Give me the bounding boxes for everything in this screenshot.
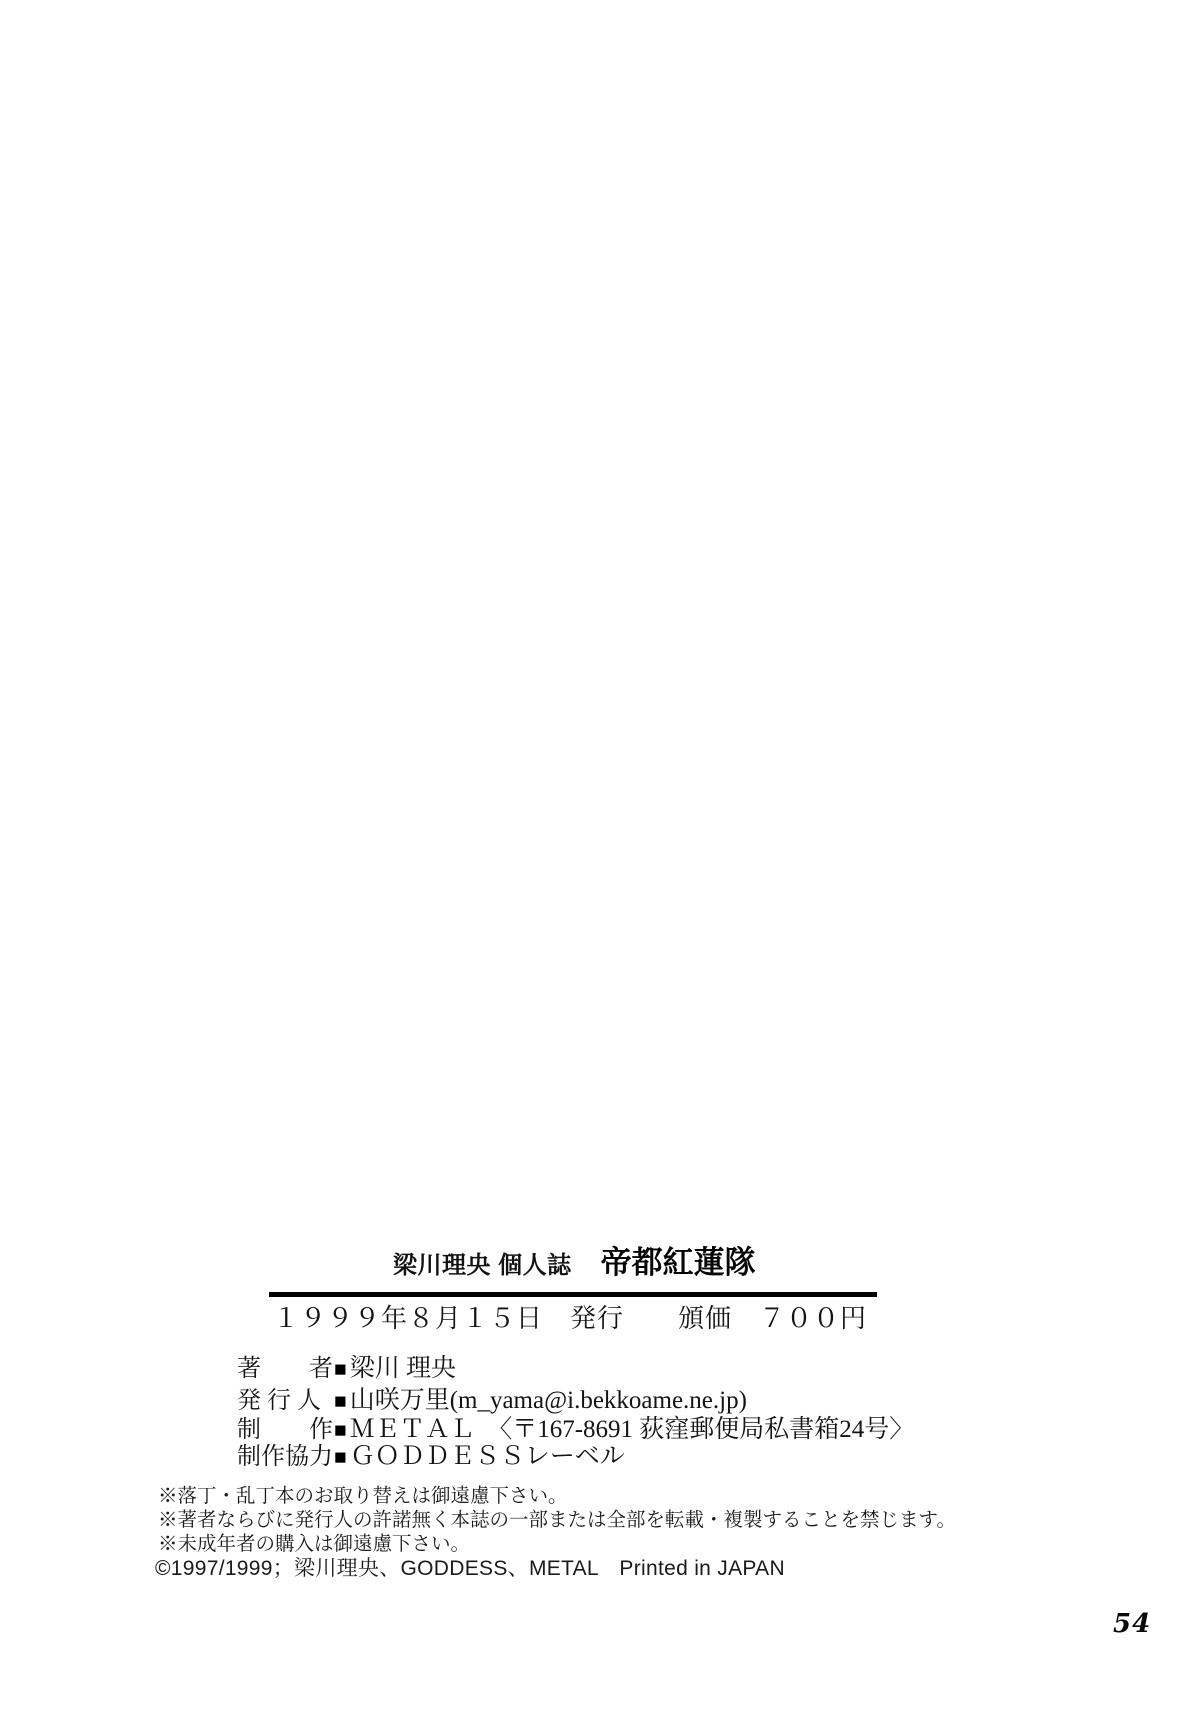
divider-rule	[269, 1292, 877, 1297]
credit-label: 制 作	[237, 1415, 333, 1445]
credit-value: 山咲万里(m_yama@i.bekkoame.ne.jp)	[350, 1386, 747, 1416]
credit-value: 梁川 理央	[350, 1354, 456, 1384]
notice-line: ※落丁・乱丁本のお取り替えは御遠慮下さい。	[158, 1484, 956, 1508]
credit-bullet-square-icon: ■	[334, 1415, 347, 1445]
credit-label: 発 行 人	[237, 1386, 333, 1416]
credit-row-production: 制 作■ＭＥＴＡＬ 〈〒167-8691 荻窪郵便局私書箱24号〉	[237, 1415, 914, 1445]
credit-bullet-square-icon: ■	[334, 1386, 347, 1416]
colophon-page: 梁川理央 個人誌 帝都紅蓮隊 １９９９年８月１５日 発行 頒価 ７００円 著 者…	[0, 0, 1200, 1714]
credit-row-publisher: 発 行 人■山咲万里(m_yama@i.bekkoame.ne.jp)	[237, 1386, 747, 1416]
book-title: 帝都紅蓮隊	[601, 1246, 756, 1280]
book-header: 梁川理央 個人誌 帝都紅蓮隊	[393, 1246, 756, 1283]
credit-row-production-support: 制作協力■ＧＯＤＤＥＳＳレーベル	[237, 1442, 625, 1472]
credit-bullet-square-icon: ■	[334, 1442, 347, 1472]
credit-row-author: 著 者■梁川 理央	[237, 1354, 456, 1384]
copyright-line: ©1997/1999；梁川理央、GODDESS、METAL Printed in…	[155, 1556, 785, 1582]
notices-block: ※落丁・乱丁本のお取り替えは御遠慮下さい。 ※著者ならびに発行人の許諾無く本誌の…	[158, 1484, 956, 1556]
page-number: 54	[1113, 1610, 1151, 1638]
publication-date-line: １９９９年８月１５日 発行 頒価 ７００円	[273, 1304, 867, 1334]
notice-line: ※著者ならびに発行人の許諾無く本誌の一部または全部を転載・複製することを禁じます…	[158, 1508, 956, 1532]
credit-bullet-square-icon: ■	[334, 1354, 347, 1384]
credit-label: 制作協力	[237, 1442, 333, 1472]
credit-value: ＭＥＴＡＬ 〈〒167-8691 荻窪郵便局私書箱24号〉	[350, 1415, 915, 1445]
notice-line: ※未成年者の購入は御遠慮下さい。	[158, 1532, 956, 1556]
credits-block: 著 者■梁川 理央 発 行 人■山咲万里(m_yama@i.bekkoame.n…	[237, 1354, 987, 1479]
credit-value: ＧＯＤＤＥＳＳレーベル	[350, 1442, 625, 1472]
series-title: 梁川理央 個人誌	[393, 1249, 572, 1283]
credit-label: 著 者	[237, 1354, 333, 1384]
